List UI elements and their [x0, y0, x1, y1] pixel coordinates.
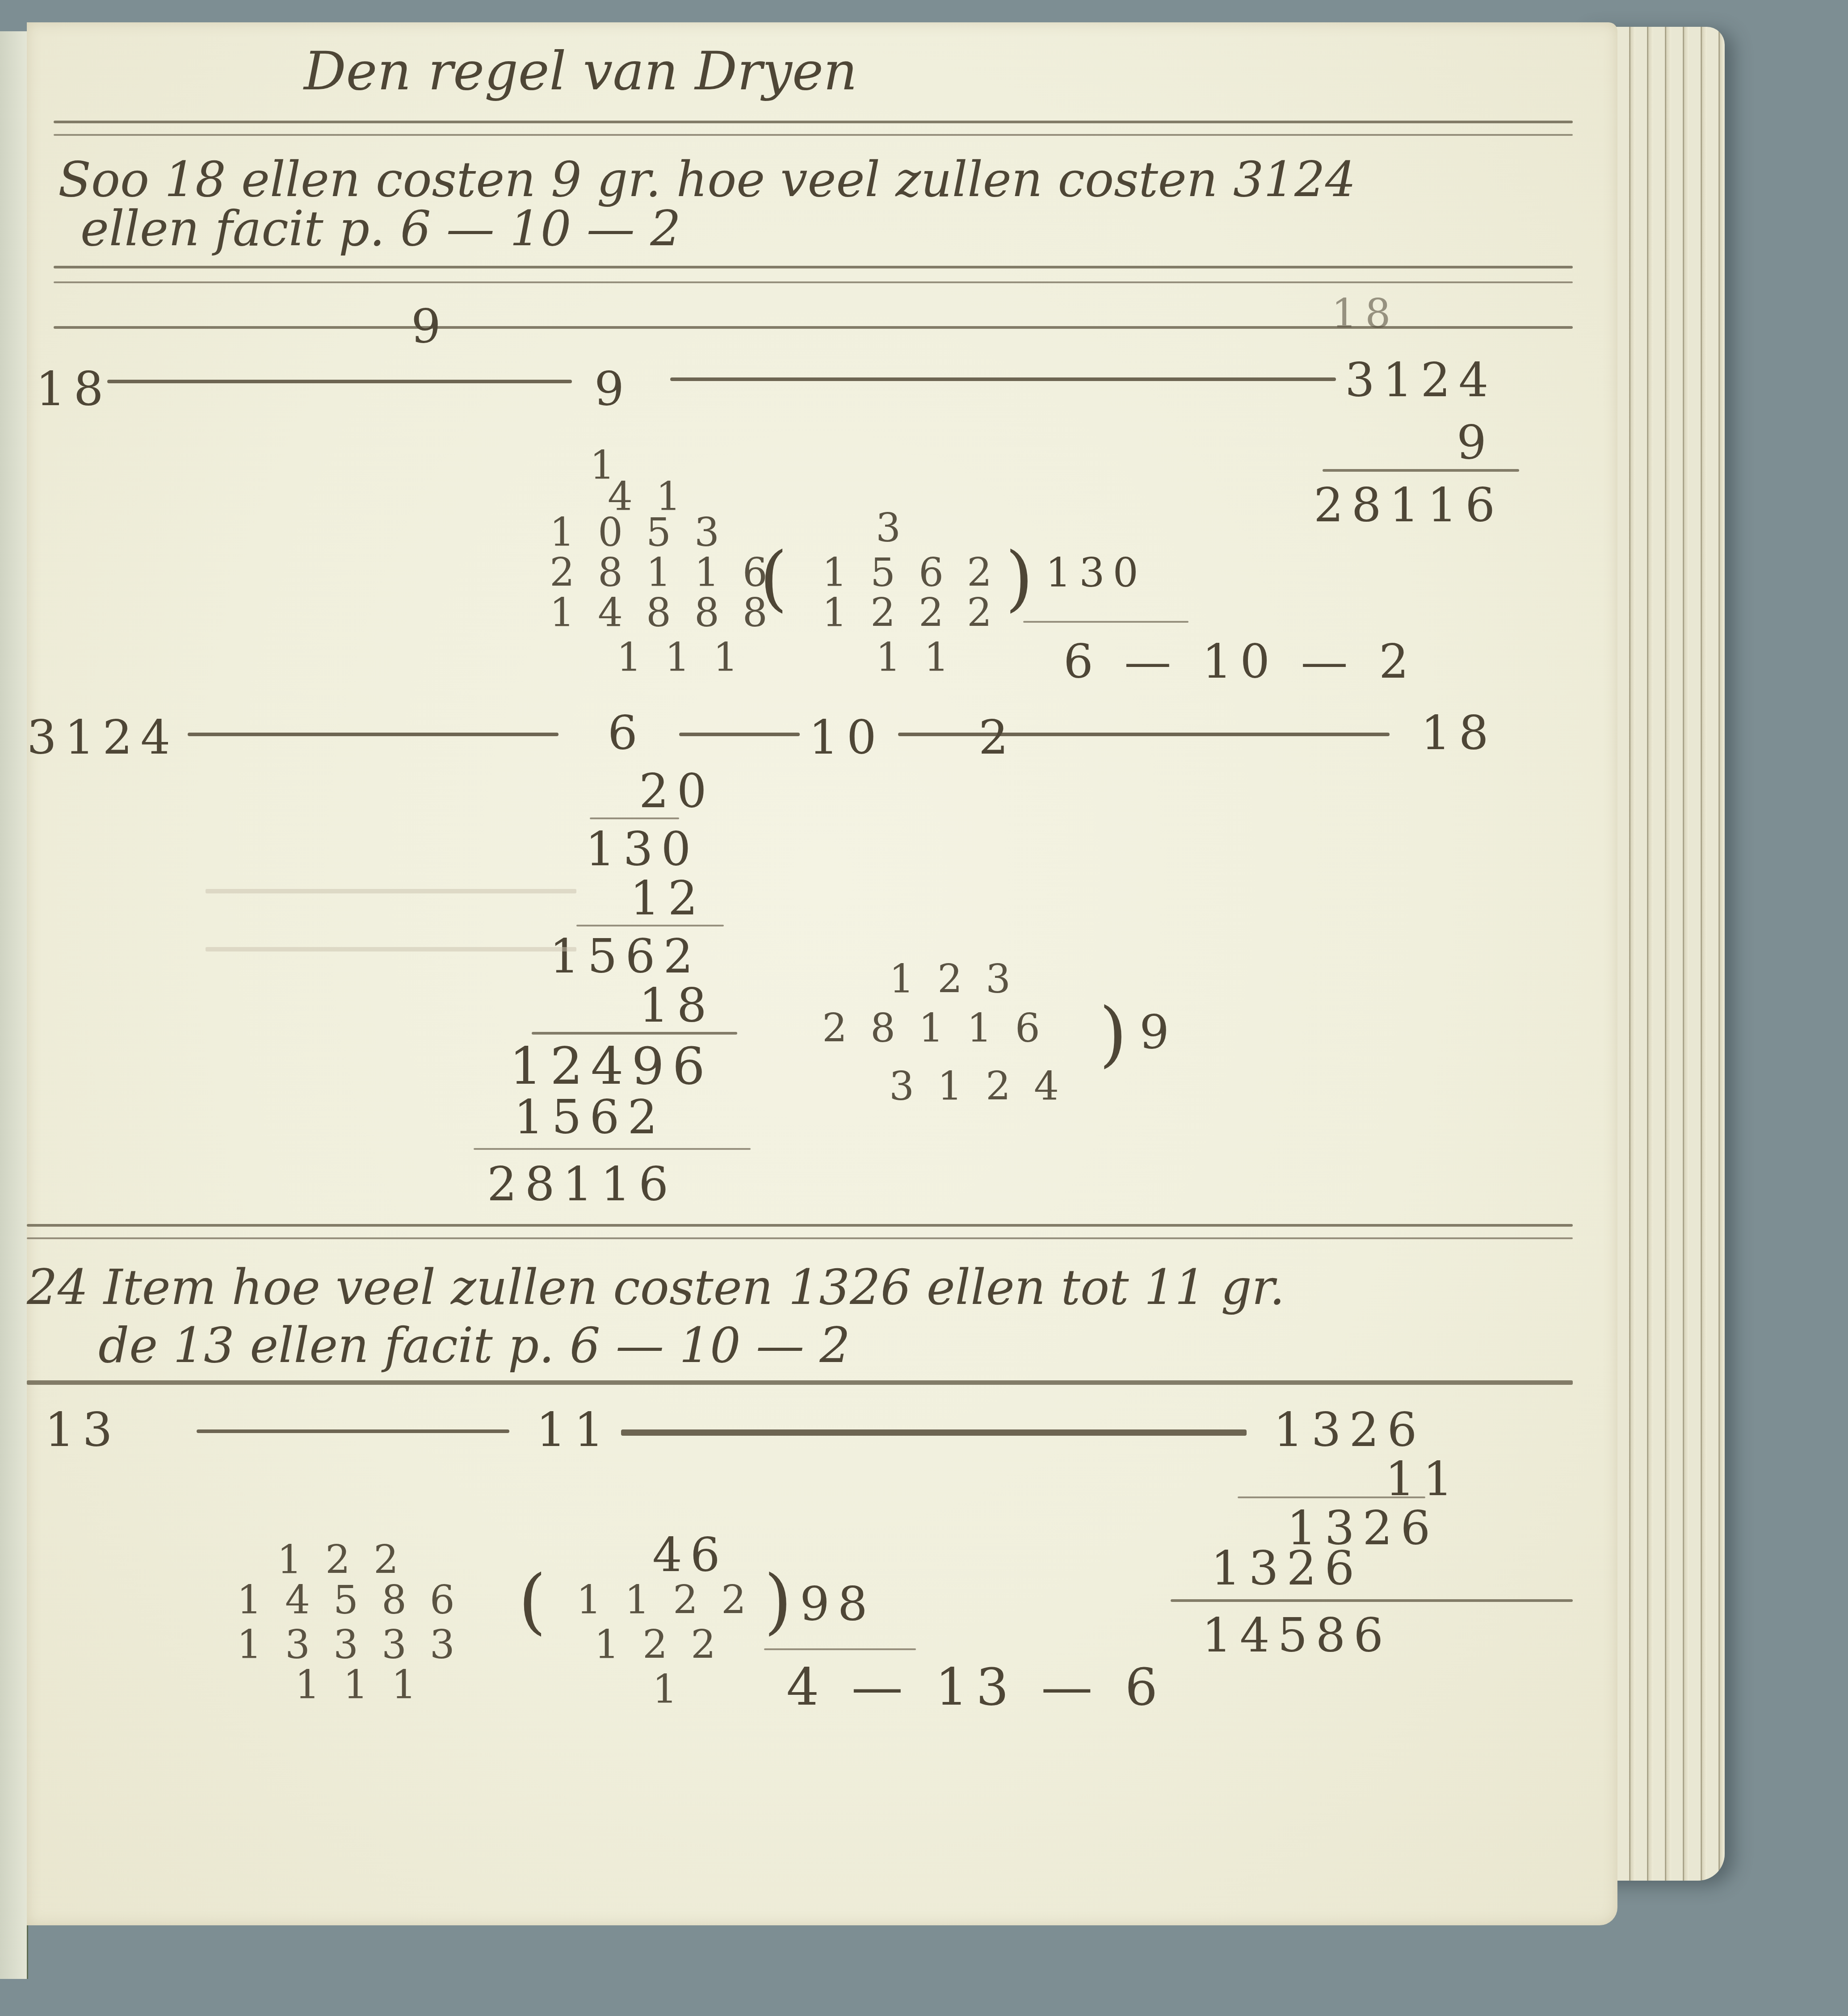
p1-proof-line-1562b: 1562	[514, 1090, 665, 1144]
p1-divisor-row-4: 1 1	[876, 634, 954, 680]
p2-divisor-row-3: 1 2 2	[594, 1622, 721, 1668]
problem-2-question-line-1: 24 Item hoe veel zullen costen 1326 elle…	[27, 1260, 1285, 1316]
p1-proof-bracket: )	[1099, 992, 1127, 1075]
p2-partial-2: 1326	[1211, 1541, 1362, 1596]
p2-right-term: 1326	[1273, 1403, 1425, 1457]
question-1-rule-1	[54, 266, 1573, 268]
p1-proof-line-12: 12	[630, 871, 706, 926]
p1-multiplier: 9	[1457, 415, 1495, 470]
p2-row-dash-2	[621, 1429, 1247, 1436]
problem-2-question-text: Item hoe veel zullen costen 1326 ellen t…	[104, 1260, 1285, 1316]
p2-galley-row-3: 1 3 3 3 3	[237, 1622, 460, 1668]
p1-galley-row-4: 2 8 1 1 6	[550, 549, 773, 595]
p2-row-dash-1	[197, 1429, 509, 1433]
p1-proof-middle-3: 2	[979, 710, 1016, 765]
p1-proof-line-130: 130	[585, 822, 699, 876]
p2-bracket-open: (	[518, 1559, 546, 1643]
p1-row-dash-2	[670, 377, 1336, 381]
p1-proof-quotient: 9	[1139, 1005, 1177, 1060]
p1-above-line-9: 9	[411, 299, 449, 354]
p1-answer: 6 — 10 — 2	[1063, 634, 1417, 689]
p1-proof-div-row-2: 2 8 1 1 6	[822, 1005, 1046, 1051]
problem-2-question-line-2: de 13 ellen facit p. 6 — 10 — 2	[98, 1318, 850, 1374]
p1-proof-div-row-1: 1 2 3	[889, 956, 1016, 1002]
p1-divisor-row-3: 1 2 2 2	[822, 590, 997, 636]
p1-middle-term: 9	[594, 362, 632, 416]
p1-proof-rule-3	[532, 1032, 737, 1035]
p2-quotient: 98	[800, 1577, 876, 1631]
p2-product: 14586	[1202, 1608, 1391, 1663]
p2-galley-row-2: 1 4 5 8 6	[237, 1577, 460, 1623]
problem-2-number: 24	[27, 1260, 88, 1316]
left-page-edge	[0, 31, 28, 1979]
p2-bracket-close: )	[764, 1559, 792, 1643]
p1-left-term: 18	[36, 362, 112, 416]
p2-divisor-row-4: 1	[652, 1666, 683, 1712]
p1-product: 28116	[1314, 478, 1503, 532]
p2-divisor-row-1: 46	[652, 1528, 728, 1582]
p1-proof-middle-2: 10	[809, 710, 885, 765]
p1-struck-18: 18	[1331, 290, 1399, 337]
problem-1-question-line-2: ellen facit p. 6 — 10 — 2	[80, 201, 681, 257]
p2-mult-rule-2	[1171, 1599, 1573, 1602]
p2-answer-rule	[764, 1648, 916, 1650]
p2-divisor-row-2: 1 1 2 2	[576, 1577, 752, 1623]
bleed-through-line-2	[206, 947, 576, 951]
p1-proof-dash-1	[188, 733, 559, 736]
p1-galley-row-3: 1 0 5 3	[550, 509, 725, 555]
p1-proof-rule-1	[590, 817, 679, 819]
p1-row-dash-1	[107, 380, 572, 383]
p1-bracket-close: )	[1005, 536, 1033, 620]
p1-proof-rule-2	[576, 925, 724, 926]
p2-left-term: 13	[45, 1403, 121, 1457]
p1-proof-dash-2	[679, 733, 800, 736]
p1-proof-right: 18	[1421, 706, 1497, 760]
p1-proof-line-28116: 28116	[487, 1157, 676, 1211]
p1-proof-line-18: 18	[639, 978, 715, 1033]
p1-mult-rule	[1323, 469, 1519, 472]
p1-proof-div-row-3: 3 1 2 4	[889, 1063, 1064, 1109]
p1-proof-line-20: 20	[639, 764, 715, 818]
problem-1-question-line-1: Soo 18 ellen costen 9 gr. hoe veel zulle…	[58, 152, 1356, 208]
page-title: Den regel van Dryen	[304, 40, 857, 102]
section-separator-1	[27, 1224, 1573, 1227]
p2-middle-term: 11	[536, 1403, 612, 1457]
p1-right-term: 3124	[1345, 353, 1496, 407]
p1-proof-line-12496: 12496	[509, 1036, 713, 1096]
p2-answer: 4 — 13 — 6	[786, 1657, 1166, 1717]
p1-proof-rule-4	[474, 1148, 751, 1150]
title-rule-1	[54, 121, 1573, 123]
p1-galley-row-5: 1 4 8 8 8	[550, 590, 773, 636]
section-separator-2	[27, 1237, 1573, 1239]
p1-answer-rule	[1023, 621, 1189, 623]
question-1-rule-2	[54, 281, 1573, 283]
title-rule-2	[54, 134, 1573, 136]
bleed-through-line-1	[206, 889, 576, 893]
p2-mult-rule-1	[1238, 1496, 1425, 1498]
p2-galley-row-4: 1 1 1	[295, 1662, 422, 1708]
manuscript-page: Den regel van Dryen Soo 18 ellen costen …	[27, 22, 1617, 1925]
question-2-rule	[27, 1380, 1573, 1385]
p1-proof-left: 3124	[27, 710, 178, 765]
p2-galley-row-1: 1 2 2	[277, 1537, 404, 1583]
p1-galley-row-6: 1 1 1	[617, 634, 743, 680]
p1-proof-middle-1: 6	[608, 706, 646, 760]
p1-proof-line-1562: 1562	[550, 929, 701, 984]
p1-second-quotient: 130	[1046, 549, 1147, 596]
p1-divisor-row-1: 3	[876, 505, 906, 551]
p1-proof-dash-3	[898, 733, 1390, 736]
p1-divisor-row-2: 1 5 6 2	[822, 549, 997, 595]
p1-bracket-open: (	[760, 536, 787, 620]
